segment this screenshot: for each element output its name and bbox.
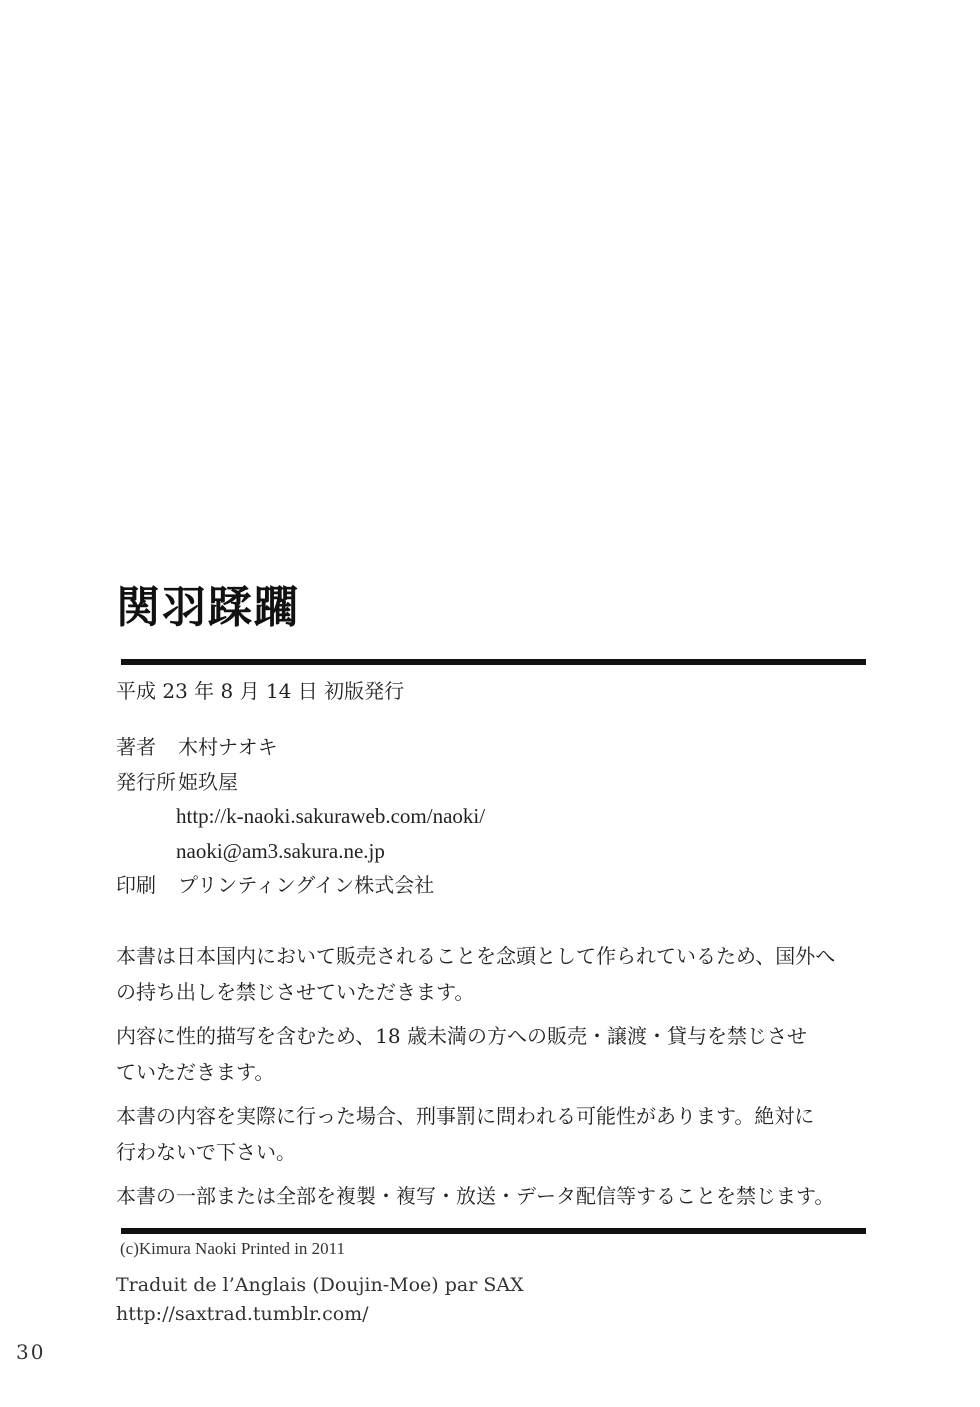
notice-legal-warning: 本書の内容を実際に行った場合、刑事罰に問われる可能性があります。絶対に 行わない…	[116, 1098, 886, 1170]
notice-line: の持ち出しを禁じさせていただきます。	[116, 974, 886, 1010]
printer-credit: 印刷プリンティングイン株式会社	[116, 872, 434, 898]
printer-label: 印刷	[116, 872, 178, 898]
notice-line: 本書の内容を実際に行った場合、刑事罰に問われる可能性があります。絶対に	[116, 1098, 886, 1134]
book-title: 関羽蹂躙	[116, 580, 300, 636]
publisher-label: 発行所	[116, 769, 178, 795]
notice-line: 内容に性的描写を含むため、18 歳未満の方への販売・譲渡・貸与を禁じさせ	[116, 1018, 886, 1054]
publisher-credit: 発行所姫玖屋	[116, 769, 238, 795]
printer-name: プリンティングイン株式会社	[178, 873, 434, 897]
copyright-notice: (c)Kimura Naoki Printed in 2011	[120, 1239, 345, 1259]
notice-copy-prohibition: 本書の一部または全部を複製・複写・放送・データ配信等することを禁じます。	[116, 1178, 886, 1214]
author-name: 木村ナオキ	[178, 735, 278, 759]
notice-age-restriction: 内容に性的描写を含むため、18 歳未満の方への販売・譲渡・貸与を禁じさせ ていた…	[116, 1018, 886, 1090]
publisher-name: 姫玖屋	[178, 770, 238, 794]
publisher-website: http://k-naoki.sakuraweb.com/naoki/	[176, 803, 485, 829]
publisher-email: naoki@am3.sakura.ne.jp	[176, 838, 385, 864]
translation-credit: Traduit de l’Anglais (Doujin-Moe) par SA…	[116, 1274, 524, 1296]
notice-line: 本書の一部または全部を複製・複写・放送・データ配信等することを禁じます。	[116, 1178, 886, 1214]
author-credit: 著者木村ナオキ	[116, 734, 278, 760]
notice-line: 行わないで下さい。	[116, 1134, 886, 1170]
publication-date: 平成 23 年 8 月 14 日 初版発行	[116, 678, 404, 704]
footer-divider	[121, 1228, 866, 1234]
title-divider	[121, 659, 866, 665]
author-label: 著者	[116, 734, 178, 760]
notice-export: 本書は日本国内において販売されることを念頭として作られているため、国外へ の持ち…	[116, 938, 886, 1010]
notice-line: 本書は日本国内において販売されることを念頭として作られているため、国外へ	[116, 938, 886, 974]
notice-line: ていただきます。	[116, 1054, 886, 1090]
translation-url: http://saxtrad.tumblr.com/	[116, 1303, 369, 1325]
page-number: 30	[16, 1340, 45, 1364]
